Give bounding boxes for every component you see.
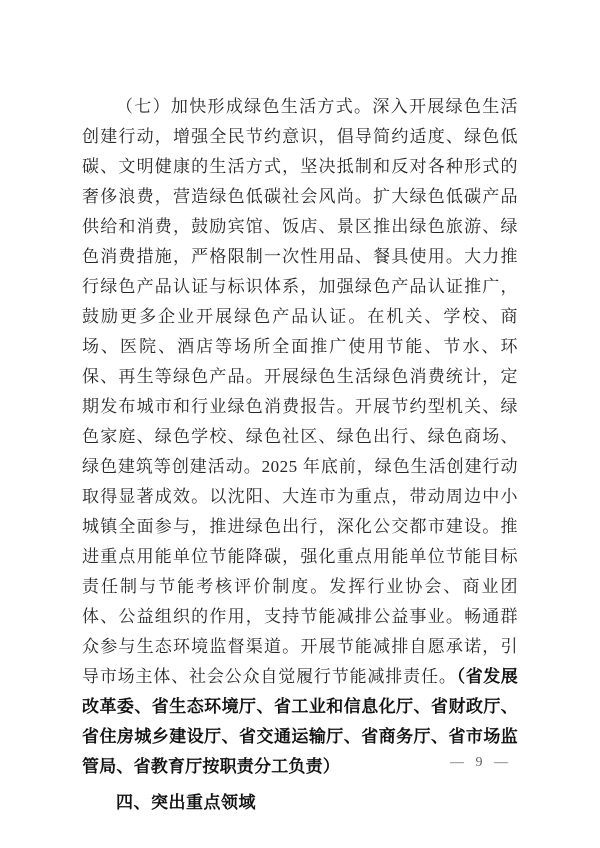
body-paragraph: （七）加快形成绿色生活方式。深入开展绿色生活创建行动，增强全民节约意识，倡导简约…: [82, 92, 518, 782]
section-heading: 四、突出重点领域: [82, 788, 518, 818]
page-number: — 9 —: [450, 753, 512, 773]
document-page: （七）加快形成绿色生活方式。深入开展绿色生活创建行动，增强全民节约意识，倡导简约…: [0, 0, 600, 848]
paragraph-text: （七）加快形成绿色生活方式。深入开展绿色生活创建行动，增强全民节约意识，倡导简约…: [82, 97, 518, 686]
